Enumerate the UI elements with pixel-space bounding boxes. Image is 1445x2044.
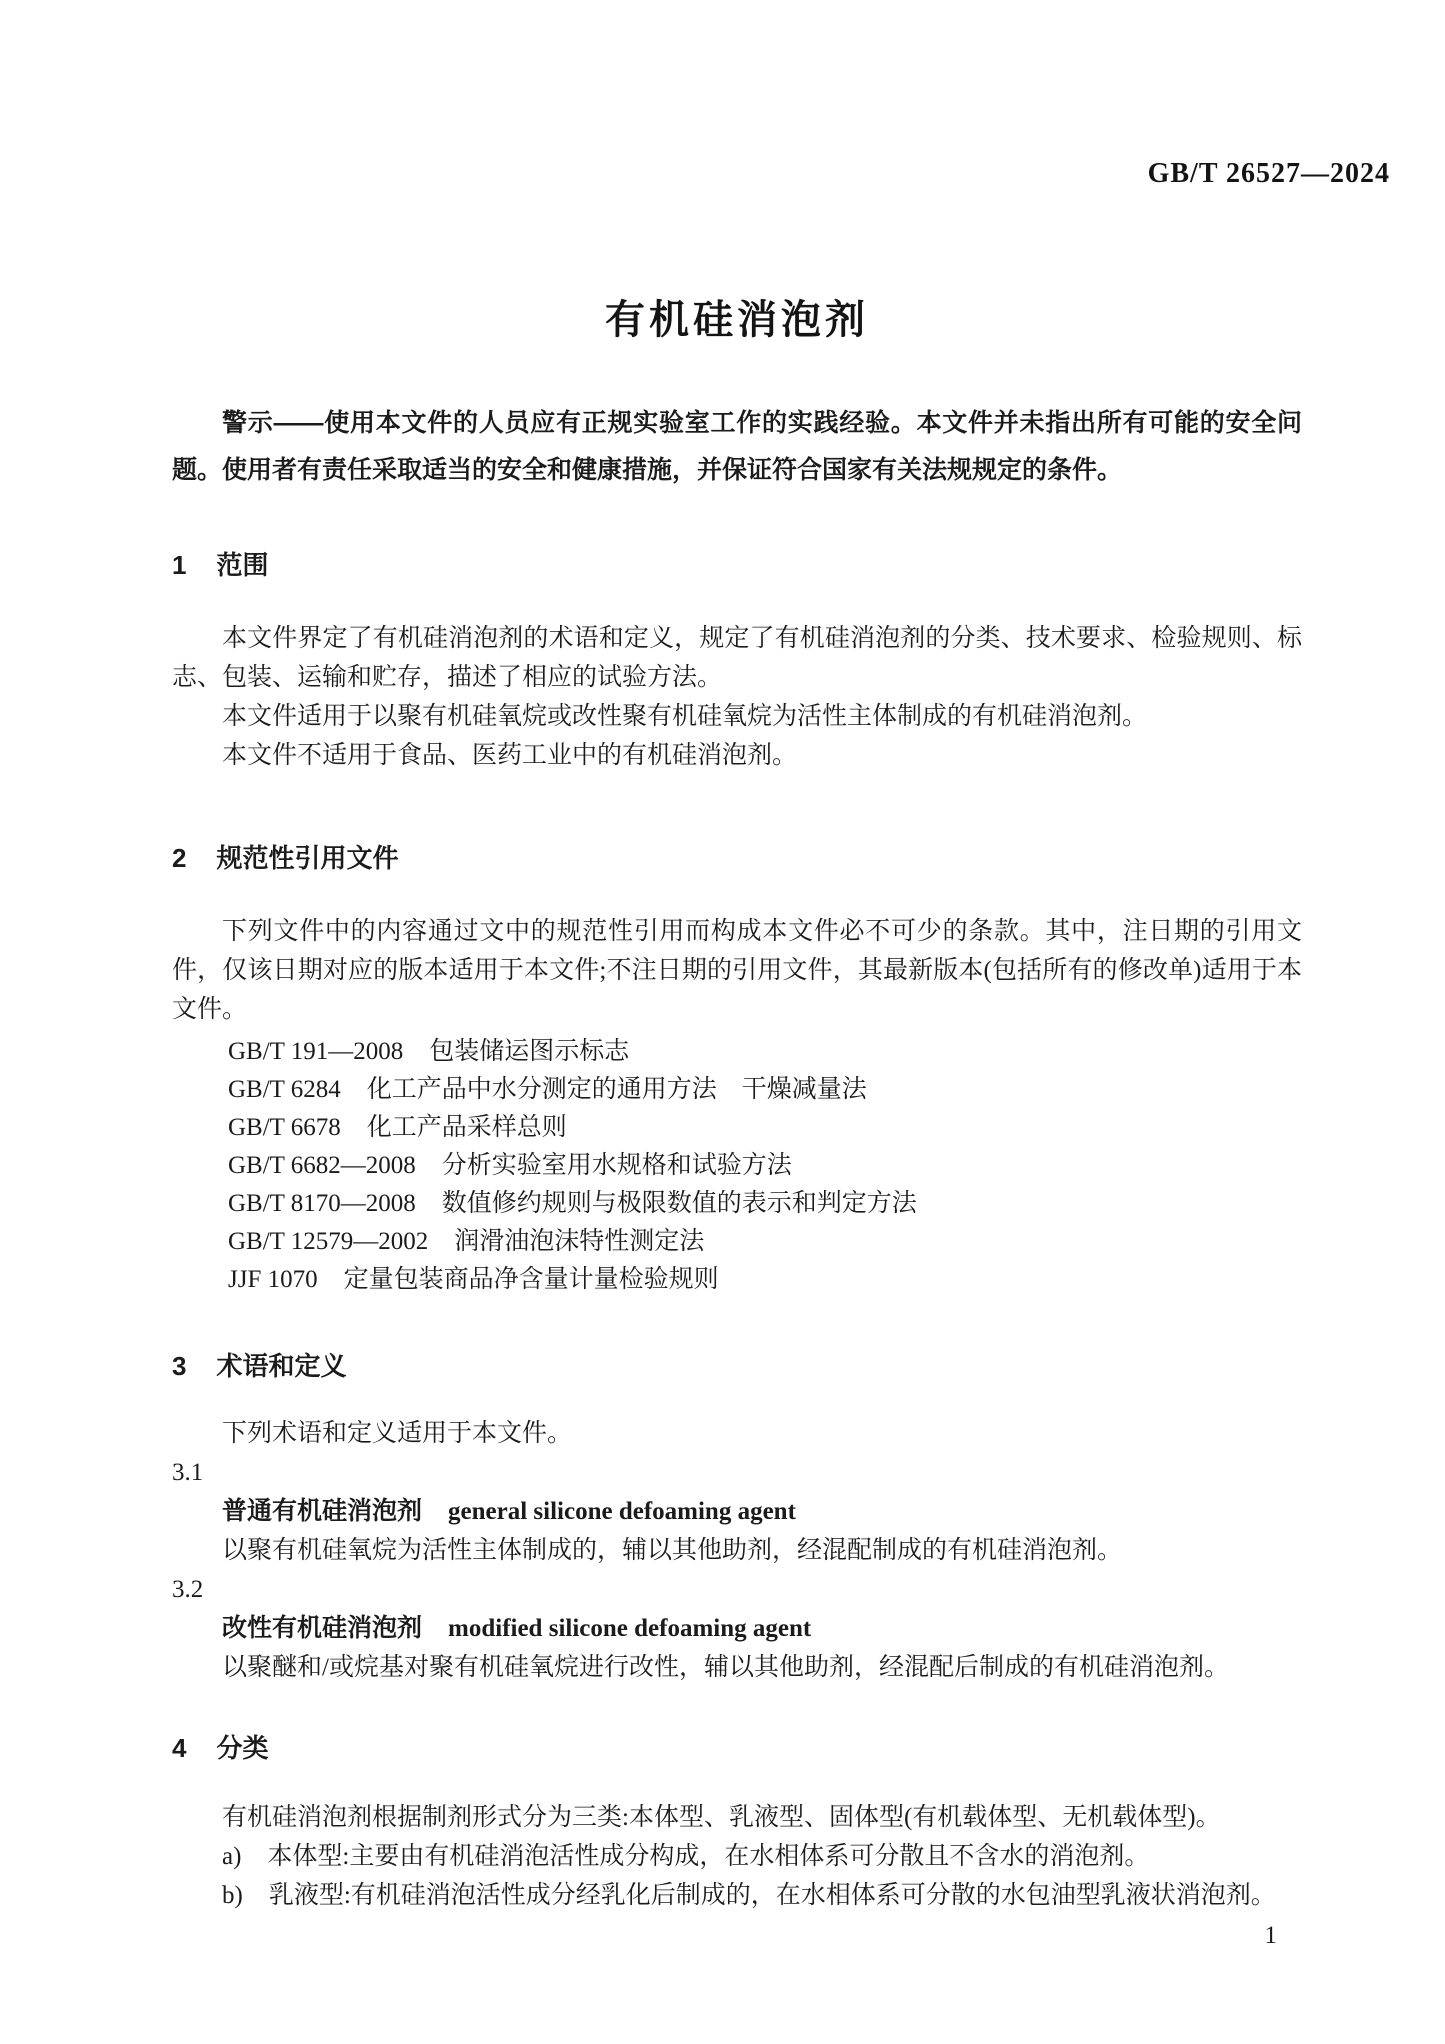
reference-title: 分析实验室用水规格和试验方法	[442, 1152, 792, 1179]
reference-item: GB/T 6284化工产品中水分测定的通用方法 干燥减量法	[172, 1071, 1302, 1109]
reference-title: 定量包装商品净含量计量检验规则	[344, 1266, 719, 1293]
scope-paragraph: 本文件界定了有机硅消泡剂的术语和定义，规定了有机硅消泡剂的分类、技术要求、检验规…	[172, 619, 1302, 697]
terms-intro: 下列术语和定义适用于本文件。	[172, 1414, 1302, 1453]
section-title: 术语和定义	[216, 1351, 346, 1381]
section-heading-scope: 1范围	[172, 546, 1302, 585]
standard-document-page: GB/T 26527—2024 有机硅消泡剂 警示——使用本文件的人员应有正规实…	[0, 0, 1445, 2044]
reference-code: GB/T 6682—2008	[228, 1152, 416, 1179]
classification-item: b)乳液型:有机硅消泡活性成分经乳化后制成的，在水相体系可分散的水包油型乳液状消…	[172, 1876, 1302, 1915]
scope-paragraph: 本文件不适用于食品、医药工业中的有机硅消泡剂。	[172, 736, 1302, 775]
section-heading-terms: 3术语和定义	[172, 1347, 1302, 1386]
term-entry: 普通有机硅消泡剂general silicone defoaming agent	[172, 1492, 1302, 1531]
term-entry: 改性有机硅消泡剂modified silicone defoaming agen…	[172, 1609, 1302, 1648]
reference-code: JJF 1070	[228, 1266, 318, 1293]
page-number: 1	[1265, 1922, 1278, 1950]
reference-code: GB/T 6678	[228, 1114, 341, 1141]
reference-list: GB/T 191—2008包装储运图示标志 GB/T 6284化工产品中水分测定…	[172, 1033, 1302, 1299]
reference-item: GB/T 12579—2002润滑油泡沫特性测定法	[172, 1223, 1302, 1261]
document-title: 有机硅消泡剂	[172, 288, 1302, 345]
normative-references-intro: 下列文件中的内容通过文中的规范性引用而构成本文件必不可少的条款。其中，注日期的引…	[172, 912, 1302, 1029]
reference-item: JJF 1070定量包装商品净含量计量检验规则	[172, 1261, 1302, 1299]
term-chinese: 普通有机硅消泡剂	[222, 1497, 422, 1525]
reference-item: GB/T 191—2008包装储运图示标志	[172, 1033, 1302, 1071]
section-title: 规范性引用文件	[216, 843, 398, 873]
section-number: 2	[172, 839, 186, 878]
clause-number: 3.2	[172, 1570, 1302, 1609]
reference-item: GB/T 6678化工产品采样总则	[172, 1109, 1302, 1147]
page-header: GB/T 26527—2024	[1148, 158, 1390, 190]
reference-title: 数值修约规则与极限数值的表示和判定方法	[442, 1190, 917, 1217]
reference-code: GB/T 6284	[228, 1076, 341, 1103]
section-title: 范围	[216, 550, 268, 580]
term-definition: 以聚有机硅氧烷为活性主体制成的，辅以其他助剂，经混配制成的有机硅消泡剂。	[172, 1531, 1302, 1570]
reference-code: GB/T 191—2008	[228, 1038, 403, 1065]
classification-item: a)本体型:主要由有机硅消泡活性成分构成，在水相体系可分散且不含水的消泡剂。	[172, 1837, 1302, 1876]
item-text: 本体型:主要由有机硅消泡活性成分构成，在水相体系可分散且不含水的消泡剂。	[267, 1843, 1149, 1870]
term-definition: 以聚醚和/或烷基对聚有机硅氧烷进行改性，辅以其他助剂，经混配后制成的有机硅消泡剂…	[172, 1648, 1302, 1687]
clause-number: 3.1	[172, 1453, 1302, 1492]
section-title: 分类	[216, 1733, 268, 1763]
section-heading-classification: 4分类	[172, 1729, 1302, 1768]
warning-statement: 警示——使用本文件的人员应有正规实验室工作的实践经验。本文件并未指出所有可能的安…	[172, 400, 1302, 494]
section-heading-normative-references: 2规范性引用文件	[172, 839, 1302, 878]
term-chinese: 改性有机硅消泡剂	[222, 1614, 422, 1642]
reference-title: 化工产品采样总则	[367, 1114, 567, 1141]
scope-paragraph: 本文件适用于以聚有机硅氧烷或改性聚有机硅氧烷为活性主体制成的有机硅消泡剂。	[172, 697, 1302, 736]
reference-item: GB/T 8170—2008数值修约规则与极限数值的表示和判定方法	[172, 1185, 1302, 1223]
section-number: 1	[172, 546, 186, 585]
term-english: modified silicone defoaming agent	[448, 1615, 811, 1642]
reference-title: 润滑油泡沫特性测定法	[454, 1228, 704, 1255]
item-label: a)	[222, 1843, 241, 1870]
standard-code: GB/T 26527—2024	[1148, 158, 1390, 189]
reference-code: GB/T 12579—2002	[228, 1228, 428, 1255]
section-number: 3	[172, 1347, 186, 1386]
reference-title: 包装储运图示标志	[429, 1038, 629, 1065]
document-content: 警示——使用本文件的人员应有正规实验室工作的实践经验。本文件并未指出所有可能的安…	[172, 400, 1302, 1915]
reference-title: 化工产品中水分测定的通用方法 干燥减量法	[367, 1076, 867, 1103]
reference-item: GB/T 6682—2008分析实验室用水规格和试验方法	[172, 1147, 1302, 1185]
reference-code: GB/T 8170—2008	[228, 1190, 416, 1217]
item-text: 乳液型:有机硅消泡活性成分经乳化后制成的，在水相体系可分散的水包油型乳液状消泡剂…	[269, 1882, 1276, 1909]
item-label: b)	[222, 1882, 243, 1909]
classification-intro: 有机硅消泡剂根据制剂形式分为三类:本体型、乳液型、固体型(有机载体型、无机载体型…	[172, 1798, 1302, 1837]
term-english: general silicone defoaming agent	[448, 1498, 796, 1525]
section-number: 4	[172, 1729, 186, 1768]
